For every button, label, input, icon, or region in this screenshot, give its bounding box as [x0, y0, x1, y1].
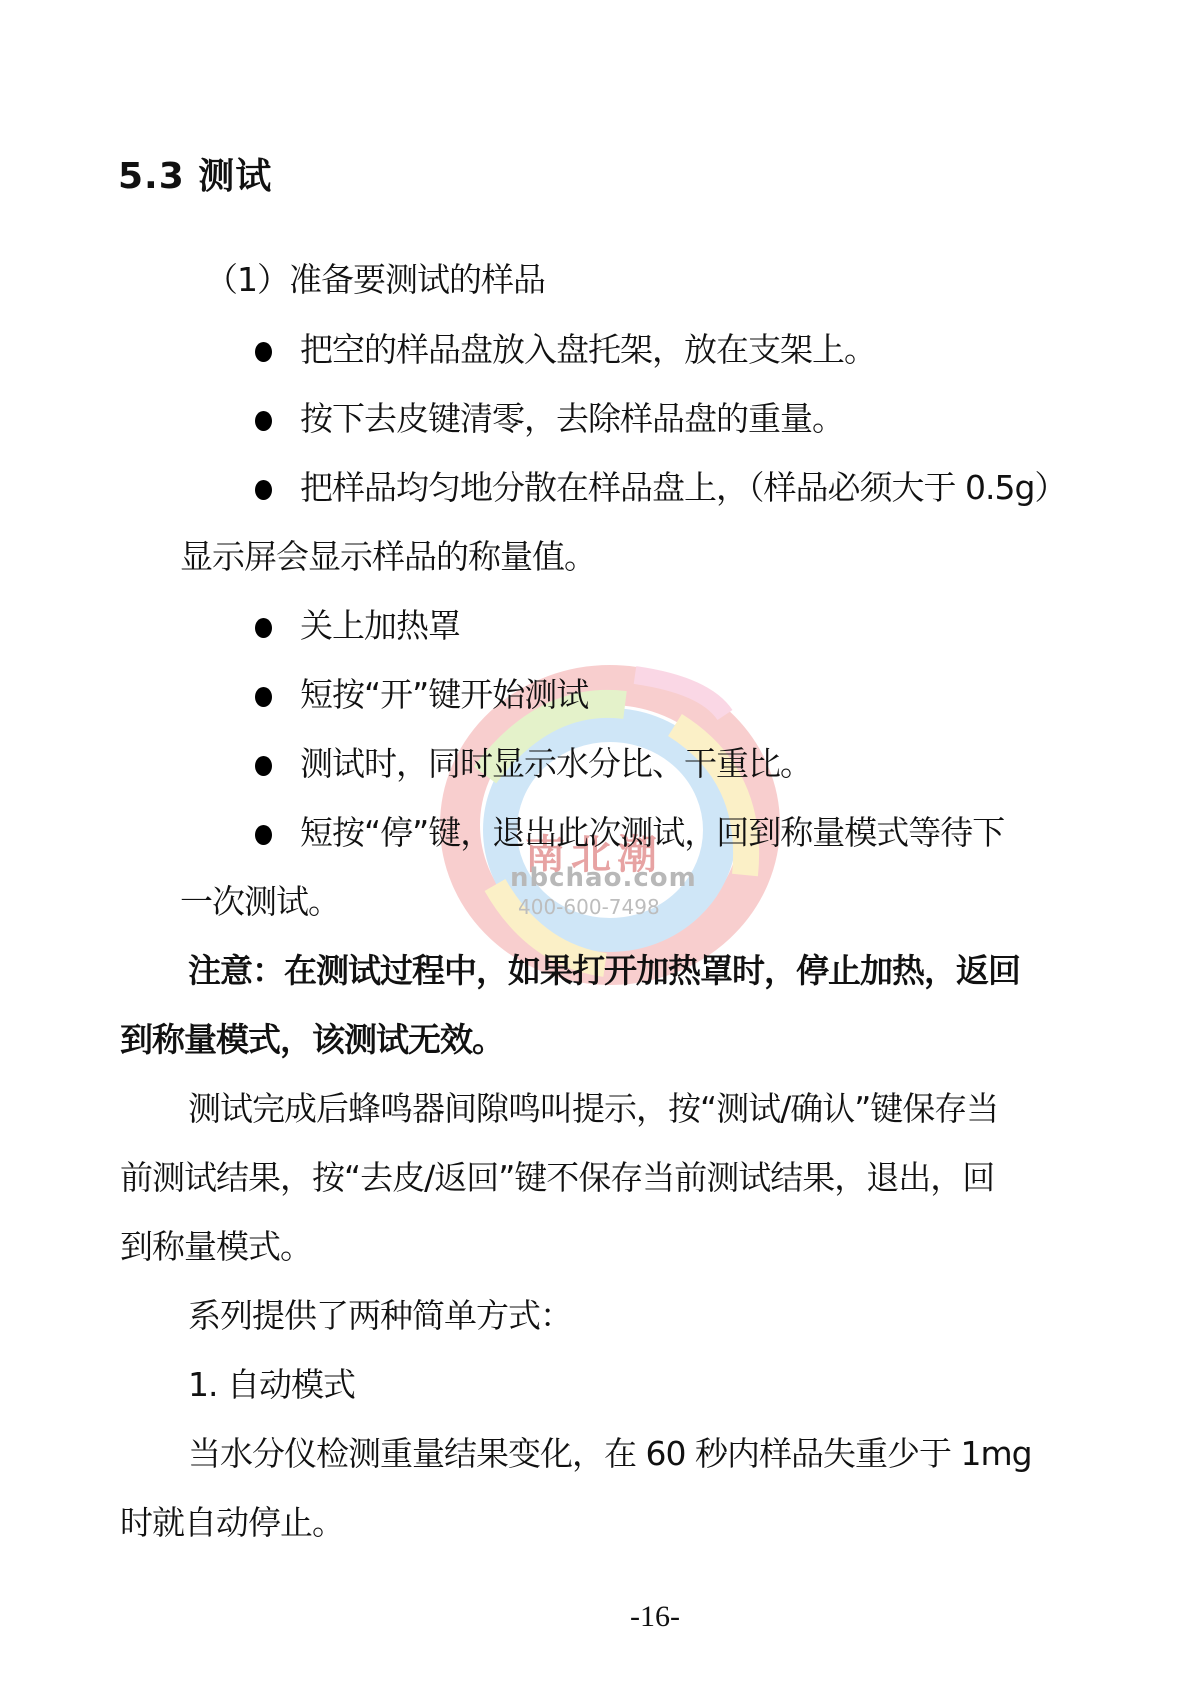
mode-title: 1. 自动模式	[188, 1362, 355, 1408]
bullet-item: 把空的样品盘放入盘托架，放在支架上。	[300, 327, 876, 373]
paragraph-line: 到称量模式。	[120, 1224, 312, 1270]
bullet-icon	[255, 411, 272, 431]
bullet-item: 短按“开”键开始测试	[300, 672, 588, 718]
bullet-item: 测试时，同时显示水分比、干重比。	[300, 741, 812, 787]
bullet-icon	[255, 618, 272, 638]
paragraph-line: 测试完成后蜂鸣器间隙鸣叫提示，按“测试/确认”键保存当	[188, 1086, 998, 1132]
bullet-item: 按下去皮键清零，去除样品盘的重量。	[300, 396, 844, 442]
bullet-continuation: 一次测试。	[180, 879, 340, 925]
subsection-title: （1）准备要测试的样品	[205, 257, 545, 303]
bullet-item: 短按“停”键，退出此次测试，回到称量模式等待下	[300, 810, 1004, 856]
bullet-icon	[255, 687, 272, 707]
note-line-2: 到称量模式，该测试无效。	[120, 1017, 504, 1063]
watermark-phone: 400-600-7498	[518, 895, 660, 919]
bullet-icon	[255, 342, 272, 362]
paragraph-line: 前测试结果，按“去皮/返回”键不保存当前测试结果，退出，回	[120, 1155, 994, 1201]
bullet-icon	[255, 480, 272, 500]
paragraph-line: 系列提供了两种简单方式：	[188, 1293, 572, 1339]
bullet-icon	[255, 825, 272, 845]
bullet-continuation: 显示屏会显示样品的称量值。	[180, 534, 596, 580]
watermark-site: nbchao.com	[510, 863, 697, 893]
bullet-item: 把样品均匀地分散在样品盘上，（样品必须大于 0.5g）	[300, 465, 1066, 511]
bullet-icon	[255, 756, 272, 776]
section-heading: 5.3 测试	[118, 152, 272, 202]
paragraph-line: 当水分仪检测重量结果变化，在 60 秒内样品失重少于 1mg	[188, 1431, 1032, 1477]
document-page: 南北潮 nbchao.com 400-600-7498 5.3 测试 （1）准备…	[0, 0, 1200, 1697]
note-line-1: 注意：在测试过程中，如果打开加热罩时，停止加热，返回	[188, 948, 1020, 994]
bullet-item: 关上加热罩	[300, 603, 460, 649]
page-number: -16-	[630, 1600, 680, 1634]
paragraph-line: 时就自动停止。	[120, 1500, 344, 1546]
